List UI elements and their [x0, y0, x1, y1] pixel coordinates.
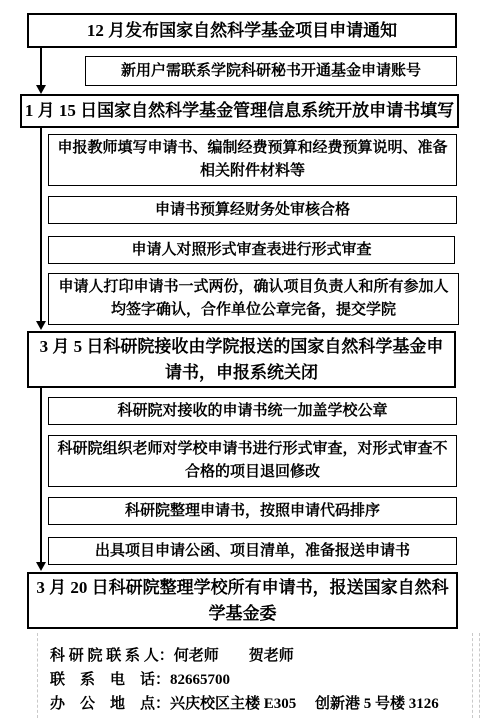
flow-step-oros-receive: 3 月 5 日科研院接收由学院报送的国家自然科学基金申请书，申报系统关闭 — [27, 331, 456, 388]
flow-step-system-open: 1 月 15 日国家自然科学基金管理信息系统开放申请书填写 — [20, 94, 459, 128]
flow-substep-format-review: 科研院组织老师对学校申请书进行形式审查，对形式审查不合格的项目退回修改 — [48, 435, 457, 487]
contact-phone-value: 82665700 — [170, 670, 230, 690]
flow-connector-line-2 — [40, 128, 42, 322]
flow-step-december-notice: 12 月发布国家自然科学基金项目申请通知 — [27, 13, 457, 48]
contact-address-row: 办 公 地 点：兴庆校区主楼 E305 创新港 5 号楼 3126 — [50, 694, 470, 714]
flow-substep-stamp: 科研院对接收的申请书统一加盖学校公章 — [48, 397, 457, 425]
contact-phone-label: 联 系 电 话： — [50, 670, 170, 690]
contact-person-label: 科 研 院 联 系 人： — [50, 646, 174, 666]
contact-address-label: 办 公 地 点： — [50, 694, 170, 714]
table-gridline — [472, 633, 473, 718]
contact-address-value: 兴庆校区主楼 E305 创新港 5 号楼 3126 — [170, 694, 439, 714]
arrowhead-down-icon — [36, 562, 46, 571]
flow-substep-fill-application: 申报教师填写申请书、编制经费预算和经费预算说明、准备相关附件材料等 — [48, 134, 457, 186]
arrowhead-down-icon — [36, 321, 46, 330]
contact-phone-row: 联 系 电 话：82665700 — [50, 670, 470, 690]
contact-person-row: 科 研 院 联 系 人：何老师 贺老师 — [50, 646, 470, 666]
table-gridline — [479, 633, 480, 718]
flow-substep-new-user-account: 新用户需联系学院科研秘书开通基金申请账号 — [85, 56, 457, 86]
arrowhead-down-icon — [36, 85, 46, 94]
flow-substep-print-sign-submit: 申请人打印申请书一式两份，确认项目负责人和所有参加人均签字确认，合作单位公章完备… — [48, 273, 459, 325]
flow-substep-sort-by-code: 科研院整理申请书，按照申请代码排序 — [48, 497, 457, 525]
flow-connector-line-3 — [40, 388, 42, 563]
flow-connector-line-1 — [40, 48, 42, 86]
flowchart-page: 12 月发布国家自然科学基金项目申请通知 新用户需联系学院科研秘书开通基金申请账… — [0, 0, 481, 718]
table-gridline — [37, 633, 38, 718]
flow-substep-prepare-letter: 出具项目申请公函、项目清单，准备报送申请书 — [48, 537, 457, 565]
flow-step-submit-nsfc: 3 月 20 日科研院整理学校所有申请书，报送国家自然科学基金委 — [27, 572, 458, 629]
flow-substep-budget-review: 申请书预算经财务处审核合格 — [48, 196, 457, 224]
contact-person-value: 何老师 贺老师 — [174, 646, 294, 666]
flow-substep-self-format-check: 申请人对照形式审查表进行形式审查 — [48, 236, 455, 264]
